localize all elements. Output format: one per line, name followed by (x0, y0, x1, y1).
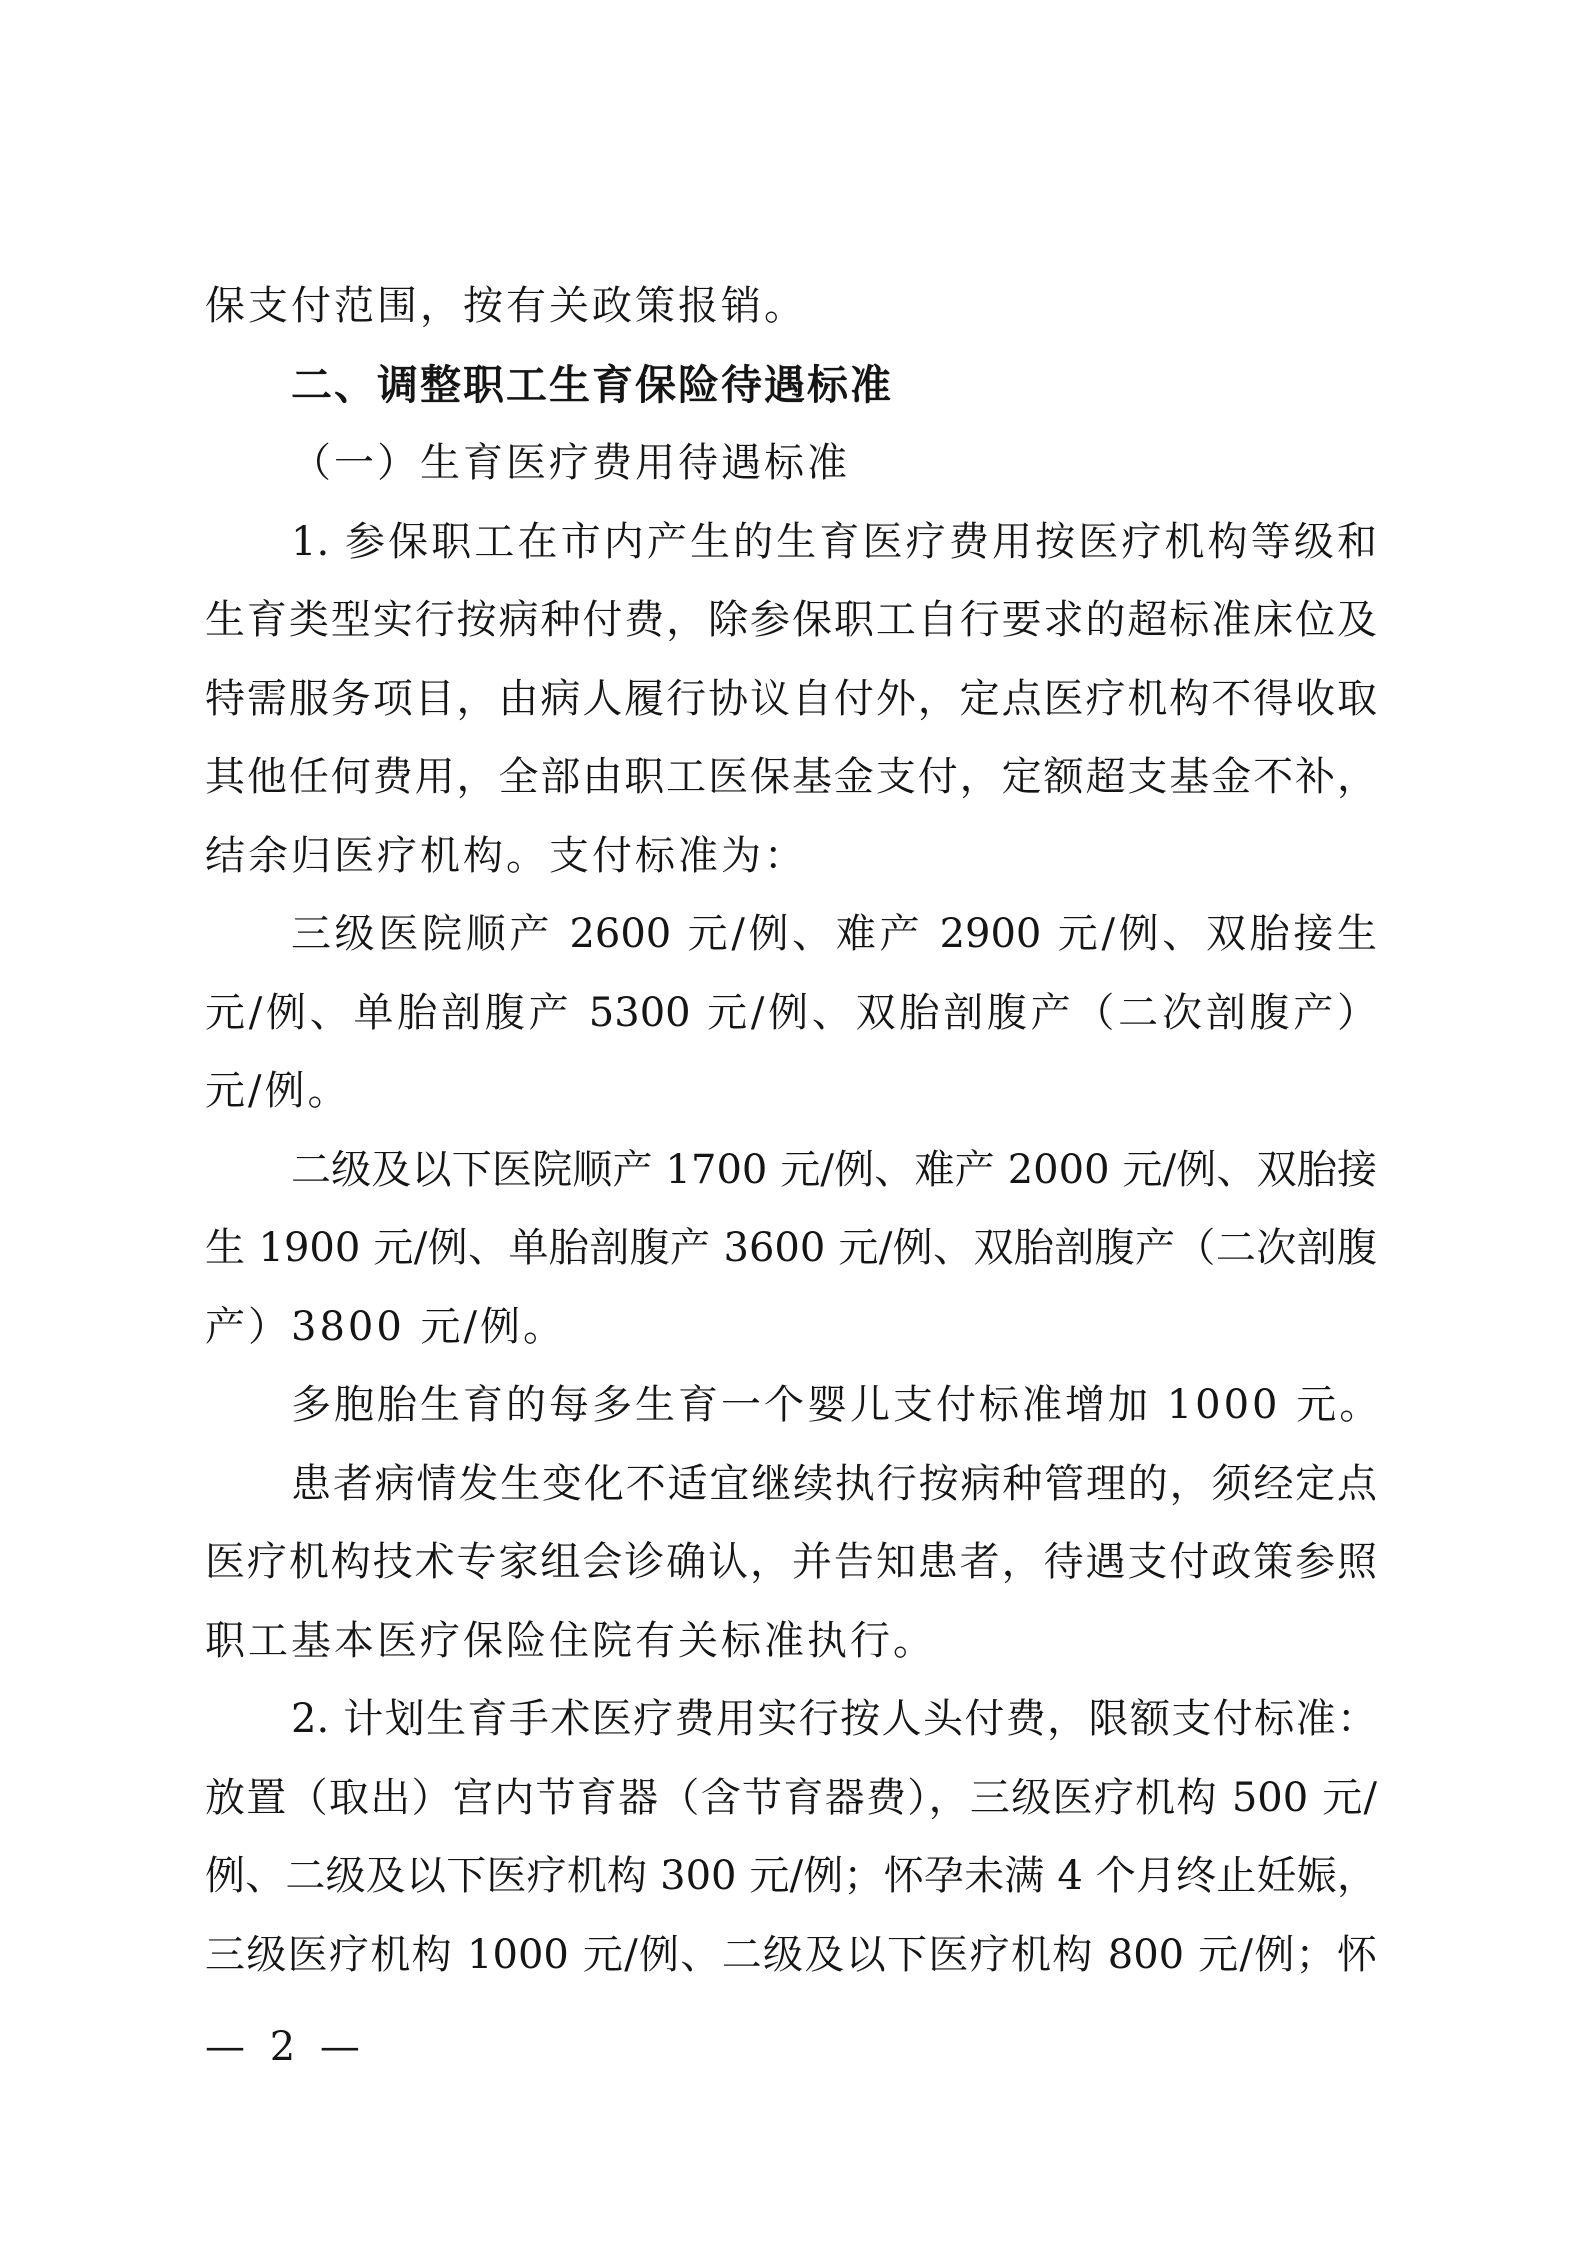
text-line: 保支付范围，按有关政策报销。 (205, 267, 1377, 346)
text-line: 生 1900 元/例、单胎剖腹产 3600 元/例、双胎剖腹产（二次剖腹 (205, 1209, 1377, 1288)
text-line: 患者病情发生变化不适宜继续执行按病种管理的，须经定点 (205, 1445, 1377, 1524)
page-number: — 2 — (205, 2016, 366, 2078)
text-line: 生育类型实行按病种付费，除参保职工自行要求的超标准床位及 (205, 581, 1377, 660)
text-line: 元/例。 (205, 1052, 1377, 1131)
text-line: 二、调整职工生育保险待遇标准 (205, 346, 1377, 425)
text-line: 其他任何费用，全部由职工医保基金支付，定额超支基金不补， (205, 738, 1377, 817)
text-line: 特需服务项目，由病人履行协议自付外，定点医疗机构不得收取 (205, 660, 1377, 739)
document-body: 保支付范围，按有关政策报销。二、调整职工生育保险待遇标准（一）生育医疗费用待遇标… (205, 267, 1377, 1994)
document-page: 保支付范围，按有关政策报销。二、调整职工生育保险待遇标准（一）生育医疗费用待遇标… (0, 0, 1586, 2253)
text-line: 放置（取出）宫内节育器（含节育器费），三级医疗机构 500 元/ (205, 1759, 1377, 1838)
text-line: 二级及以下医院顺产 1700 元/例、难产 2000 元/例、双胎接 (205, 1131, 1377, 1210)
text-line: 多胞胎生育的每多生育一个婴儿支付标准增加 1000 元。 (205, 1366, 1377, 1445)
text-line: 结余归医疗机构。支付标准为： (205, 817, 1377, 896)
text-line: 例、二级及以下医疗机构 300 元/例；怀孕未满 4 个月终止妊娠， (205, 1837, 1377, 1916)
text-line: 职工基本医疗保险住院有关标准执行。 (205, 1602, 1377, 1681)
text-line: 2. 计划生育手术医疗费用实行按人头付费，限额支付标准： (205, 1680, 1377, 1759)
text-line: 产）3800 元/例。 (205, 1288, 1377, 1367)
text-line: 医疗机构技术专家组会诊确认，并告知患者，待遇支付政策参照 (205, 1523, 1377, 1602)
text-line: 1. 参保职工在市内产生的生育医疗费用按医疗机构等级和 (205, 503, 1377, 582)
text-line: 三级医院顺产 2600 元/例、难产 2900 元/例、双胎接生 2800 (205, 895, 1377, 974)
text-line: 三级医疗机构 1000 元/例、二级及以下医疗机构 800 元/例；怀孕 (205, 1916, 1377, 1995)
text-line: （一）生育医疗费用待遇标准 (205, 424, 1377, 503)
text-line: 元/例、单胎剖腹产 5300 元/例、双胎剖腹产（二次剖腹产）5400 (205, 974, 1377, 1053)
